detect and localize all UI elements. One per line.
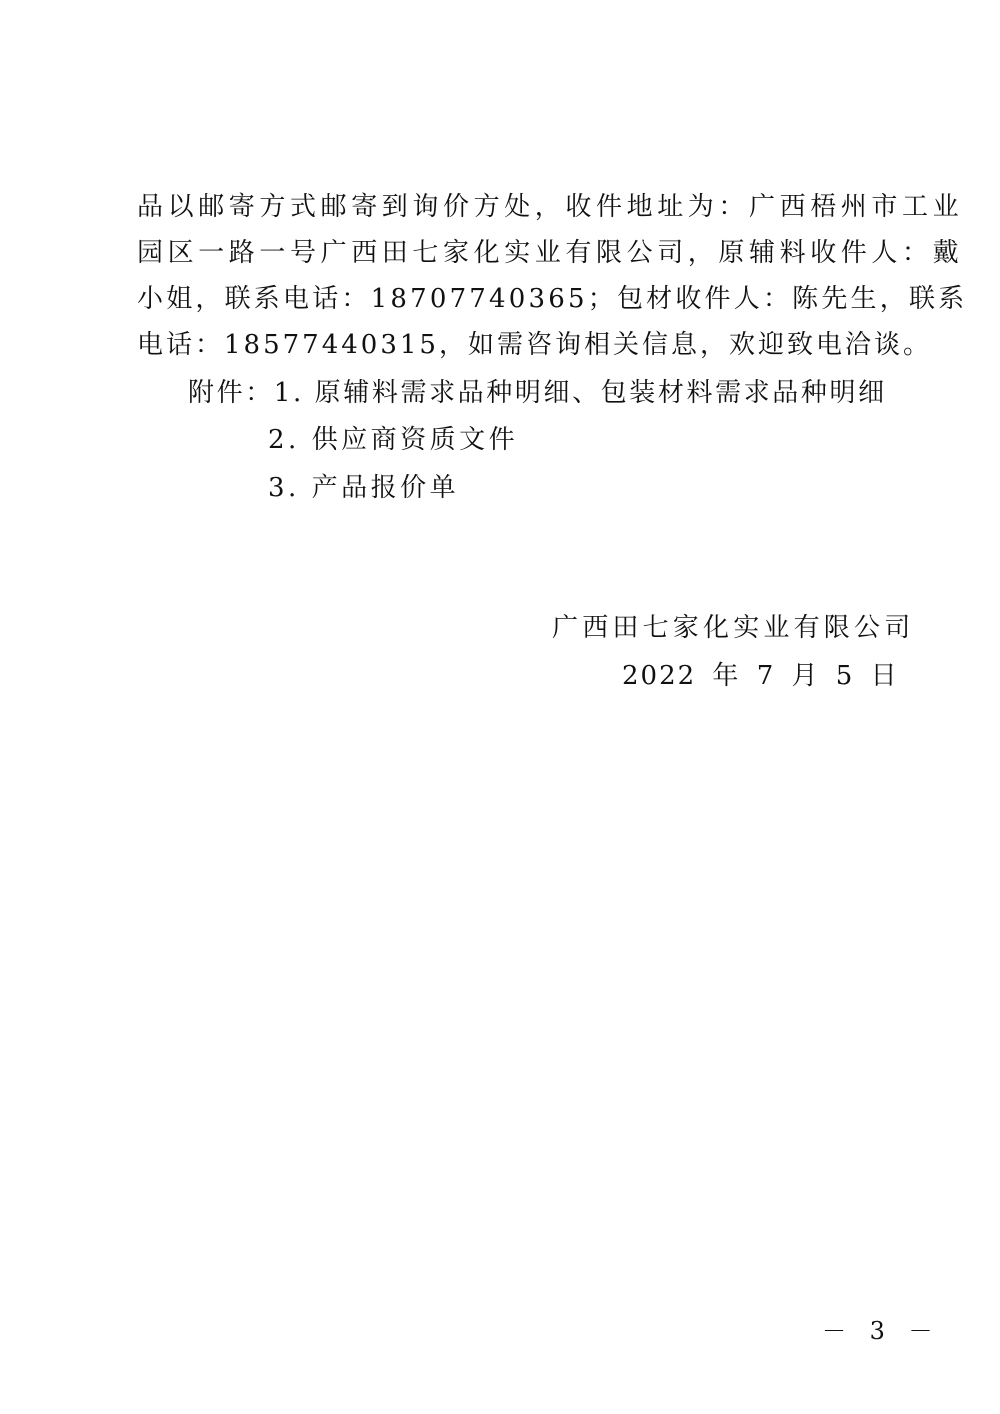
document-page: 品以邮寄方式邮寄到询价方处，收件地址为：广西梧州市工业 园区一路一号广西田七家化…: [0, 0, 1000, 1414]
attachment-item-3: 3. 产品报价单: [268, 471, 459, 505]
attachment-item-1: 1. 原辅料需求品种明细、包装材料需求品种明细: [274, 378, 887, 408]
page-number: － 3 －: [822, 1316, 941, 1346]
body-text-line-1: 品以邮寄方式邮寄到询价方处，收件地址为：广西梧州市工业: [137, 190, 963, 224]
signature-organization: 广西田七家化实业有限公司: [552, 611, 914, 645]
signature-date: 2022 年 7 月 5 日: [622, 659, 899, 693]
attachment-list-first-line: 附件：1. 原辅料需求品种明细、包装材料需求品种明细: [188, 376, 887, 410]
body-text-line-3: 小姐，联系电话：18707740365；包材收件人：陈先生，联系: [137, 282, 967, 316]
body-text-line-2: 园区一路一号广西田七家化实业有限公司，原辅料收件人：戴: [137, 236, 963, 270]
body-text-line-4: 电话：18577440315，如需咨询相关信息，欢迎致电洽谈。: [137, 328, 932, 362]
attachment-item-2: 2. 供应商资质文件: [268, 423, 518, 457]
attachment-label: 附件：: [188, 378, 274, 408]
